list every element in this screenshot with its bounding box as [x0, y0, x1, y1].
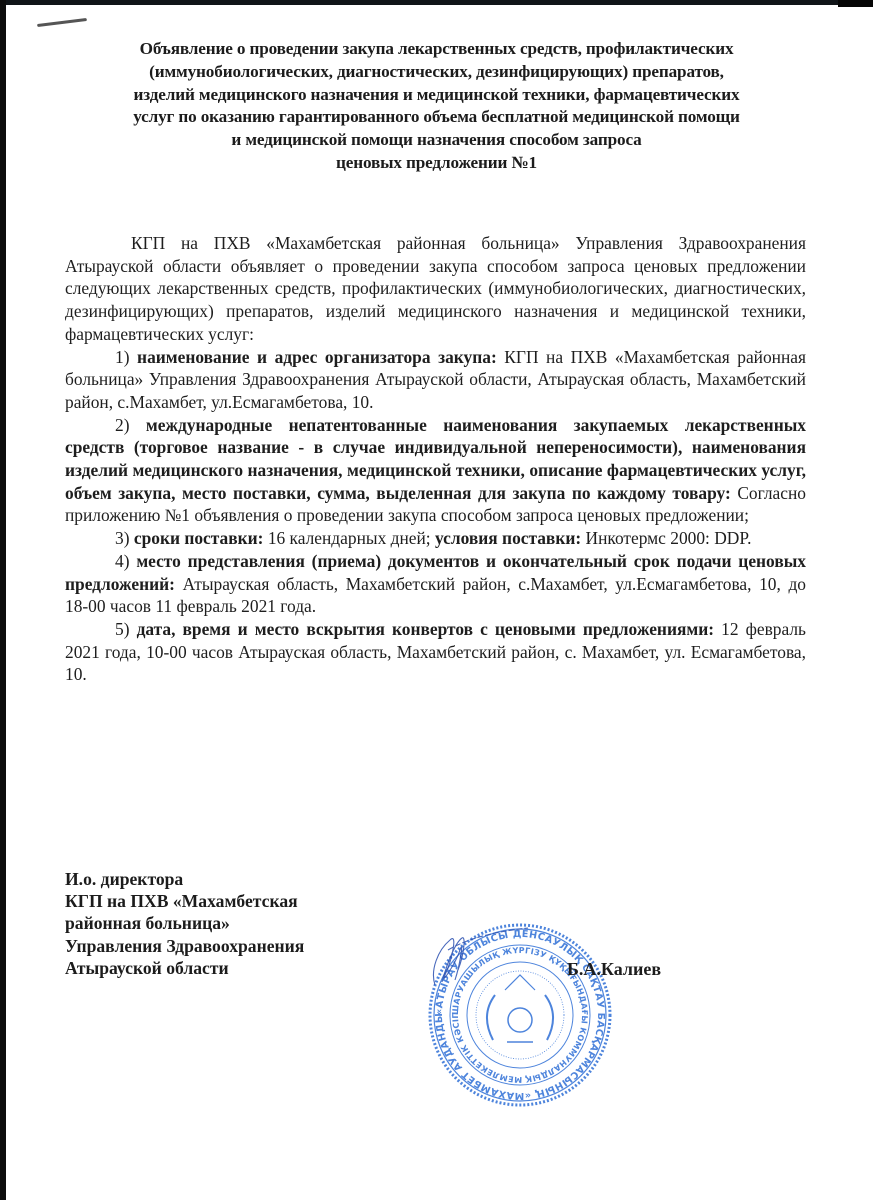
scan-border-top: [0, 0, 873, 5]
signer-position-line: районная больница»: [65, 912, 304, 934]
title-line: услуг по оказанию гарантированного объем…: [60, 106, 813, 129]
item-4: 4) место представления (приема) документ…: [65, 550, 806, 618]
signer-position-line: Атырауской области: [65, 957, 304, 979]
item-text: Атырауская область, Махамбетский район, …: [65, 574, 806, 617]
item-1: 1) наименование и адрес организатора зак…: [65, 346, 806, 414]
document-body: КГП на ПХВ «Махамбетская районная больни…: [65, 232, 806, 686]
signer-position-line: И.о. директора: [65, 868, 304, 890]
title-line: ценовых предложении №1: [60, 152, 813, 175]
item-number: 1): [115, 347, 130, 367]
handwritten-signature-icon: [420, 920, 530, 990]
item-number: 2): [115, 415, 130, 435]
scan-border-corner: [838, 0, 873, 7]
item-label: наименование и адрес организатора закупа…: [137, 347, 497, 367]
document-title: Объявление о проведении закупа лекарстве…: [60, 38, 813, 175]
signature-block: И.о. директора КГП на ПХВ «Махамбетская …: [65, 868, 304, 979]
title-line: и медицинской помощи назначения способом…: [60, 129, 813, 152]
signer-position-line: Управления Здравоохранения: [65, 935, 304, 957]
item-label-2: условия поставки:: [435, 528, 581, 548]
item-number: 4): [115, 551, 130, 571]
item-2: 2) международные непатентованные наимено…: [65, 414, 806, 528]
pen-mark: [37, 18, 87, 27]
item-3: 3) сроки поставки: 16 календарных дней; …: [65, 527, 806, 550]
title-line: Объявление о проведении закупа лекарстве…: [60, 38, 813, 61]
item-5: 5) дата, время и место вскрытия конверто…: [65, 618, 806, 686]
signer-position-line: КГП на ПХВ «Махамбетская: [65, 890, 304, 912]
item-text-2: Инкотермс 2000: DDP.: [586, 528, 752, 548]
title-line: изделий медицинского назначения и медици…: [60, 84, 813, 107]
item-text: 16 календарных дней;: [268, 528, 431, 548]
item-label: дата, время и место вскрытия конвертов с…: [137, 619, 714, 639]
item-number: 5): [115, 619, 130, 639]
title-line: (иммунобиологических, диагностических, д…: [60, 61, 813, 84]
item-label: международные непатентованные наименован…: [65, 415, 806, 503]
signer-name: Б.А.Калиев: [567, 959, 661, 980]
item-number: 3): [115, 528, 130, 548]
intro-paragraph: КГП на ПХВ «Махамбетская районная больни…: [65, 232, 806, 346]
scan-border-left: [0, 0, 6, 1200]
item-label: сроки поставки:: [134, 528, 264, 548]
